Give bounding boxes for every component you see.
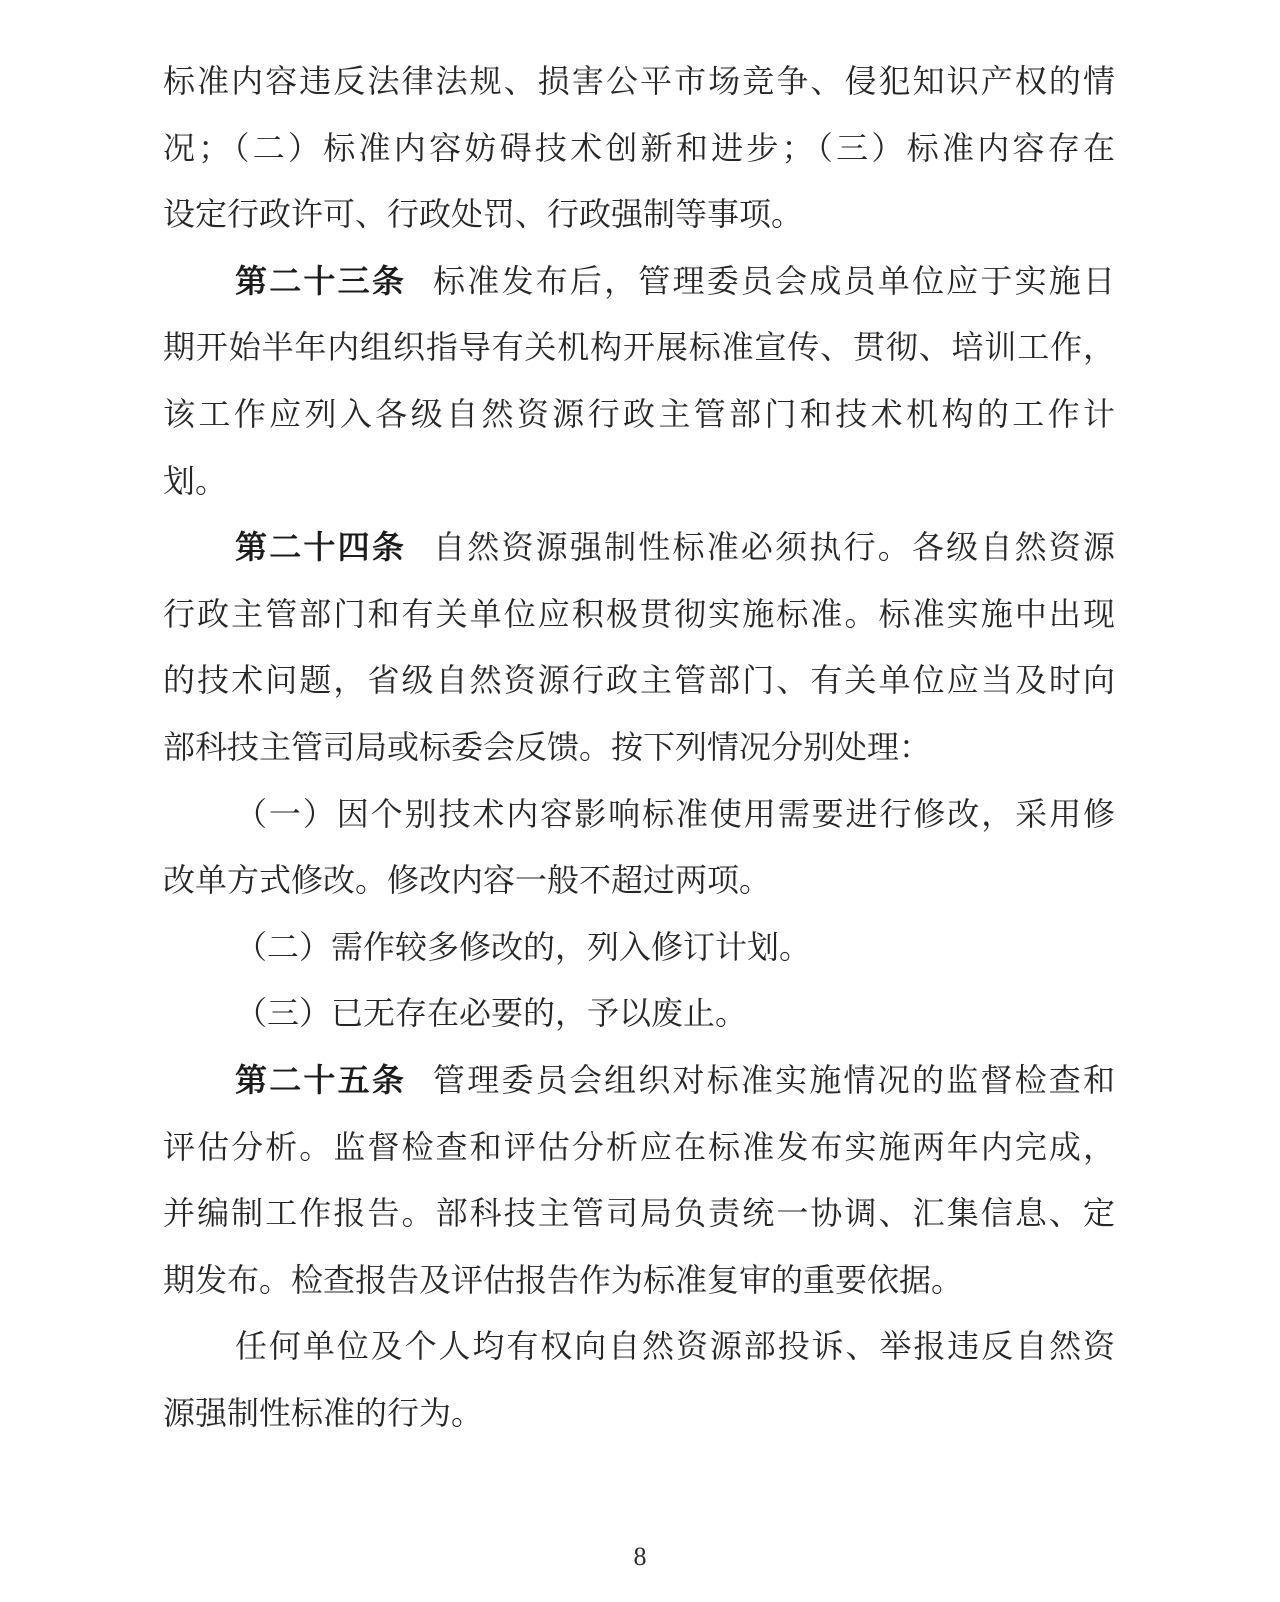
list-item-3-line: （三）已无存在必要的，予以废止。 <box>163 980 1115 1047</box>
text-line: 行政主管部门和有关单位应积极贯彻实施标准。标准实施中出现 <box>163 581 1115 648</box>
article-23-line: 第二十三条标准发布后，管理委员会成员单位应于实施日 <box>163 248 1115 315</box>
text-line: 任何单位及个人均有权向自然资源部投诉、举报违反自然资 <box>163 1313 1115 1380</box>
article-24-text: 自然资源强制性标准必须执行。各级自然资源 <box>433 529 1115 565</box>
article-25-number: 第二十五条 <box>235 1062 406 1098</box>
text-line: 源强制性标准的行为。 <box>163 1380 1115 1447</box>
text-line: 况；（二）标准内容妨碍技术创新和进步；（三）标准内容存在 <box>163 115 1115 182</box>
text-line: 划。 <box>163 448 1115 515</box>
document-page: 标准内容违反法律法规、损害公平市场竞争、侵犯知识产权的情 况；（二）标准内容妨碍… <box>0 0 1280 1602</box>
document-body-text: 标准内容违反法律法规、损害公平市场竞争、侵犯知识产权的情 况；（二）标准内容妨碍… <box>163 48 1115 1446</box>
article-23-text: 标准发布后，管理委员会成员单位应于实施日 <box>433 263 1115 299</box>
text-line: 期开始半年内组织指导有关机构开展标准宣传、贯彻、培训工作， <box>163 314 1115 381</box>
text-line: 该工作应列入各级自然资源行政主管部门和技术机构的工作计 <box>163 381 1115 448</box>
text-line: 设定行政许可、行政处罚、行政强制等事项。 <box>163 181 1115 248</box>
text-line: 并编制工作报告。部科技主管司局负责统一协调、汇集信息、定 <box>163 1180 1115 1247</box>
article-23-number: 第二十三条 <box>235 263 406 299</box>
text-line: 改单方式修改。修改内容一般不超过两项。 <box>163 847 1115 914</box>
list-item-2-line: （二）需作较多修改的，列入修订计划。 <box>163 914 1115 981</box>
text-line: 的技术问题，省级自然资源行政主管部门、有关单位应当及时向 <box>163 647 1115 714</box>
text-line: 标准内容违反法律法规、损害公平市场竞争、侵犯知识产权的情 <box>163 48 1115 115</box>
article-24-number: 第二十四条 <box>235 529 406 565</box>
list-item-1-line: （一）因个别技术内容影响标准使用需要进行修改，采用修 <box>163 781 1115 848</box>
page-number: 8 <box>0 1540 1280 1574</box>
text-line: 评估分析。监督检查和评估分析应在标准发布实施两年内完成， <box>163 1114 1115 1181</box>
article-25-line: 第二十五条管理委员会组织对标准实施情况的监督检查和 <box>163 1047 1115 1114</box>
article-25-text: 管理委员会组织对标准实施情况的监督检查和 <box>433 1062 1115 1098</box>
text-line: 部科技主管司局或标委会反馈。按下列情况分别处理： <box>163 714 1115 781</box>
article-24-line: 第二十四条自然资源强制性标准必须执行。各级自然资源 <box>163 514 1115 581</box>
text-line: 期发布。检查报告及评估报告作为标准复审的重要依据。 <box>163 1247 1115 1314</box>
